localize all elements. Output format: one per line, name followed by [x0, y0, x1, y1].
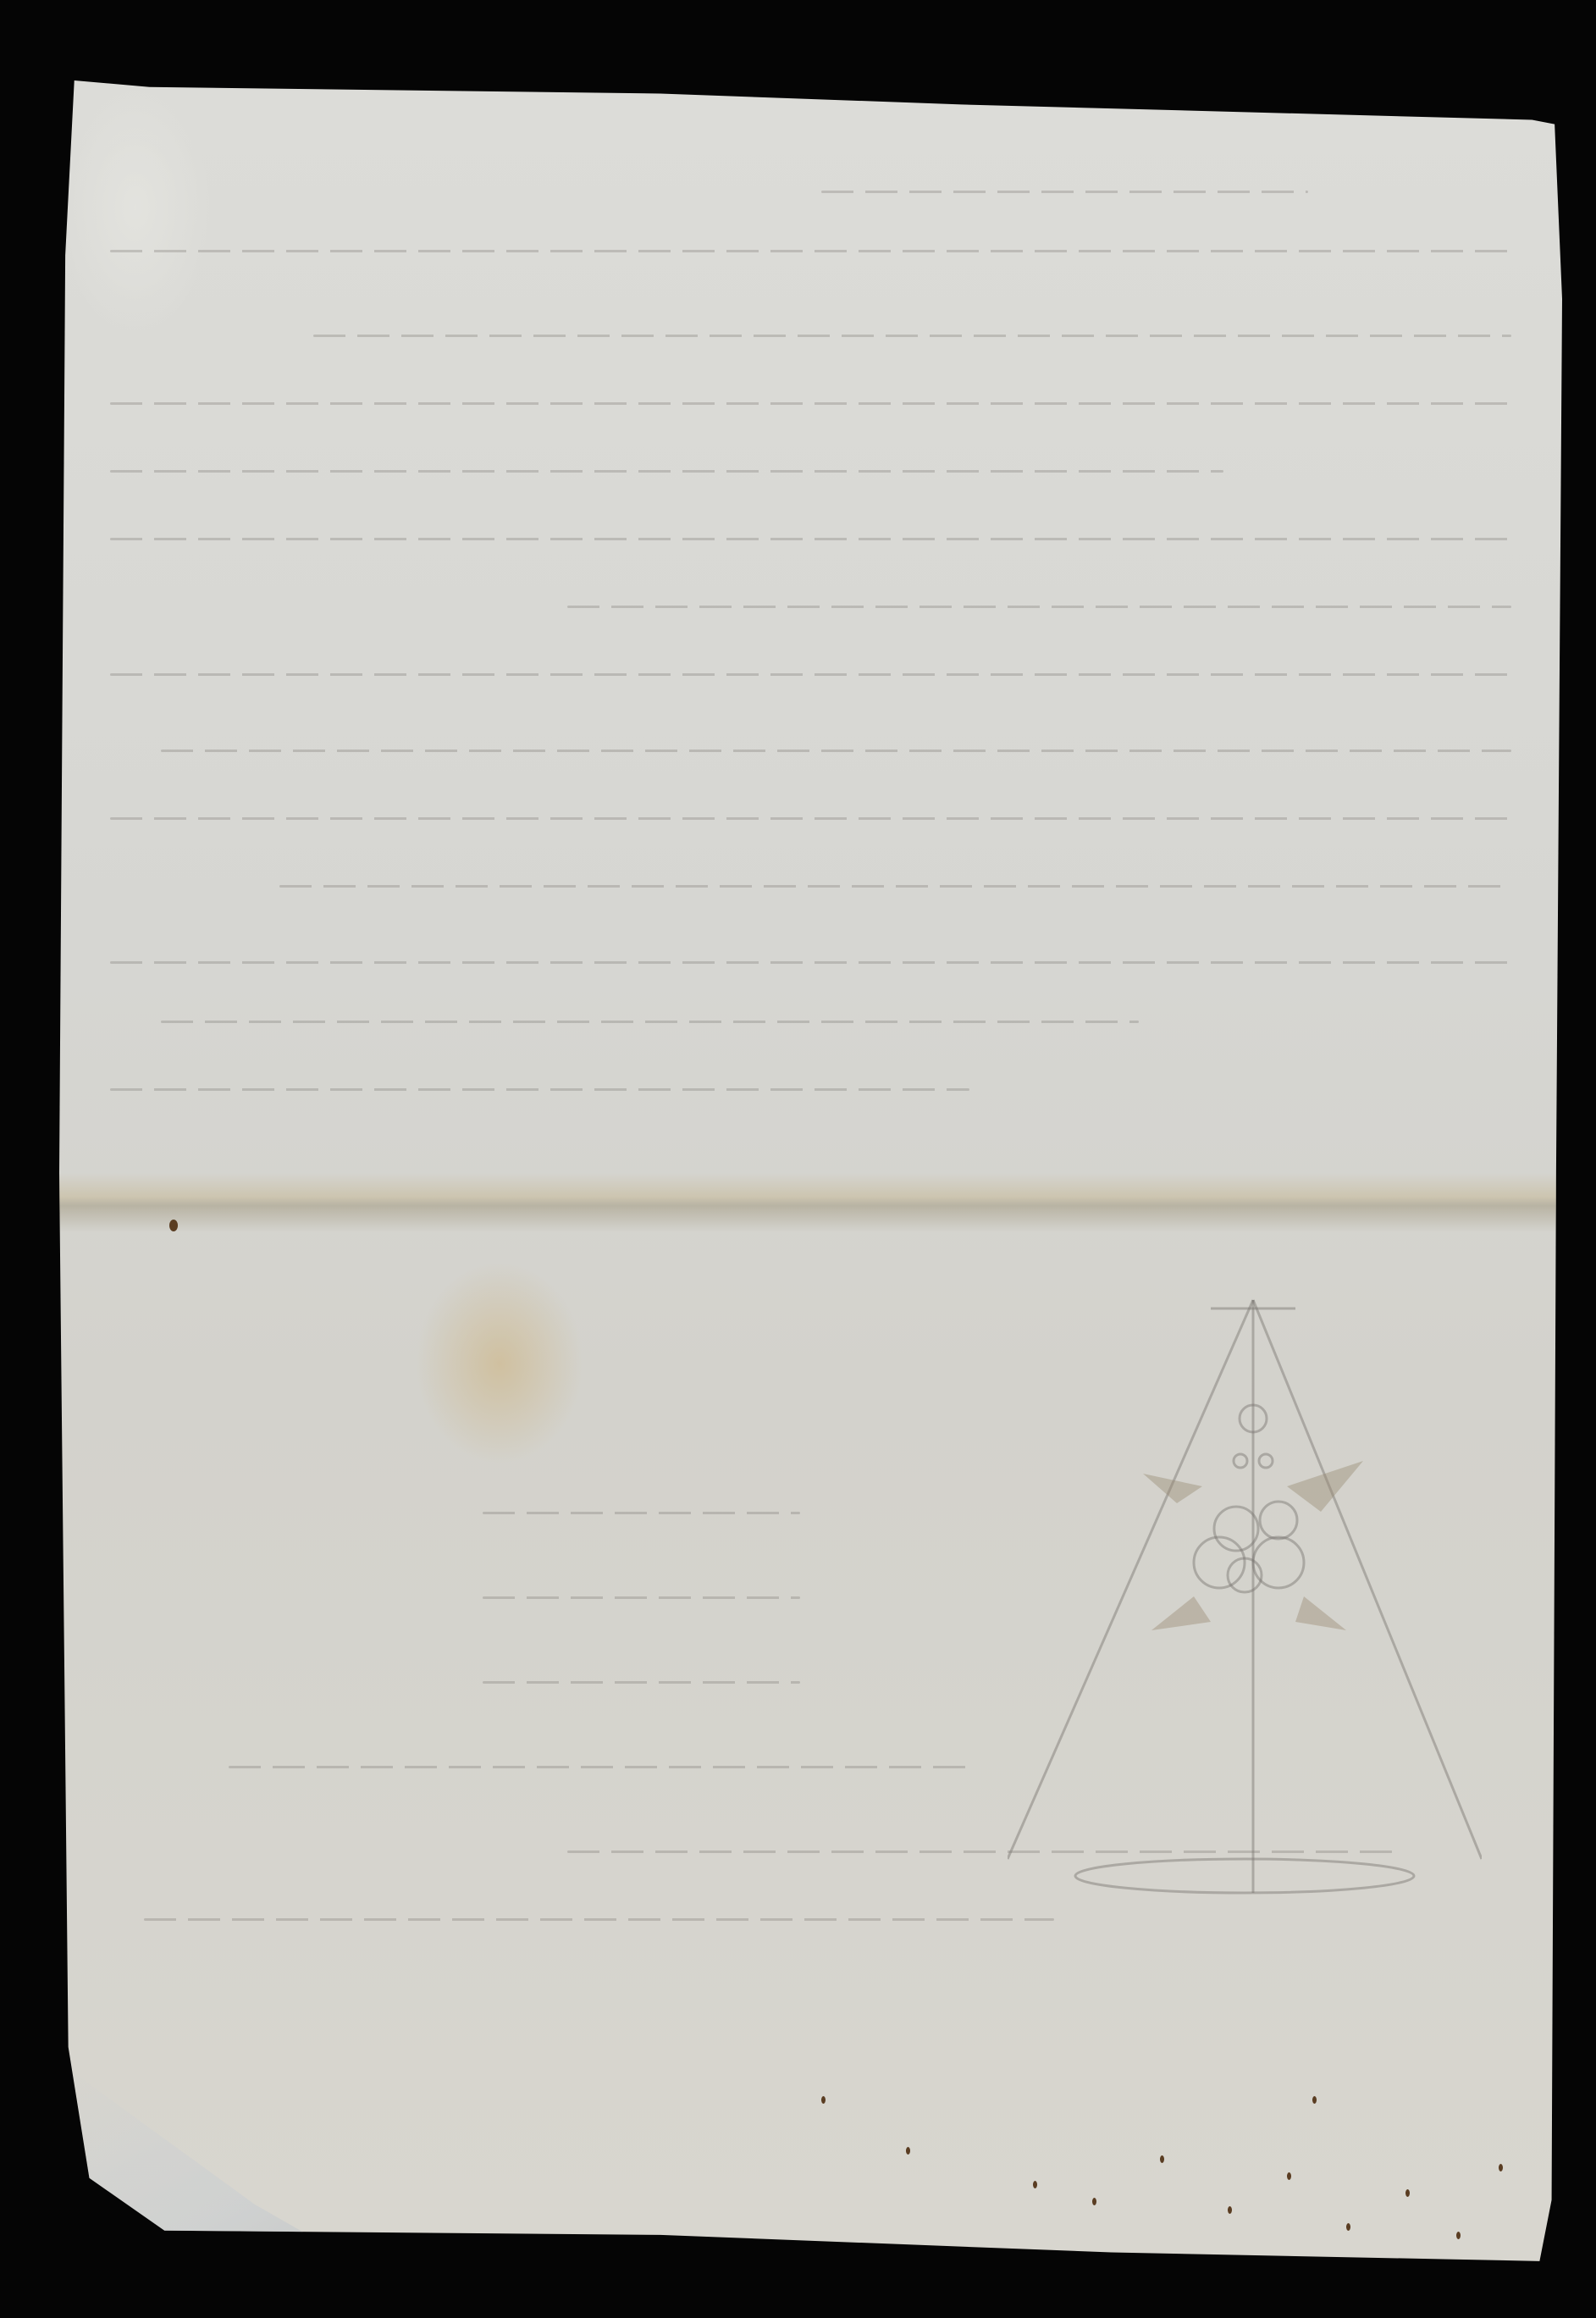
- bleed-through-line: [161, 750, 1511, 752]
- water-stain: [415, 1262, 584, 1465]
- fold-crease: [59, 1173, 1562, 1232]
- bleed-through-line: [229, 1766, 969, 1768]
- drawn-emblem: [1008, 1249, 1482, 1927]
- bleed-through-line: [110, 250, 1511, 252]
- bleed-through-line: [483, 1512, 800, 1514]
- bleed-through-line: [110, 538, 1511, 540]
- folded-corner: [59, 2062, 415, 2265]
- corner-wear: [59, 80, 212, 335]
- bleed-through-line: [110, 673, 1511, 676]
- manuscript-leaf: [59, 80, 1562, 2265]
- bleed-through-line: [110, 402, 1511, 405]
- bleed-through-line: [144, 1918, 1054, 1921]
- bleed-through-line: [110, 1088, 969, 1091]
- bleed-through-line: [110, 961, 1511, 964]
- bleed-through-line: [110, 470, 1223, 473]
- bleed-through-line: [483, 1596, 800, 1599]
- bleed-through-line: [313, 335, 1511, 337]
- bleed-through-line: [161, 1021, 1139, 1023]
- bleed-through-line: [821, 191, 1308, 193]
- bleed-through-line: [110, 817, 1511, 820]
- bleed-through-line: [279, 885, 1511, 888]
- bleed-through-line: [567, 606, 1511, 608]
- bleed-through-line: [483, 1681, 800, 1684]
